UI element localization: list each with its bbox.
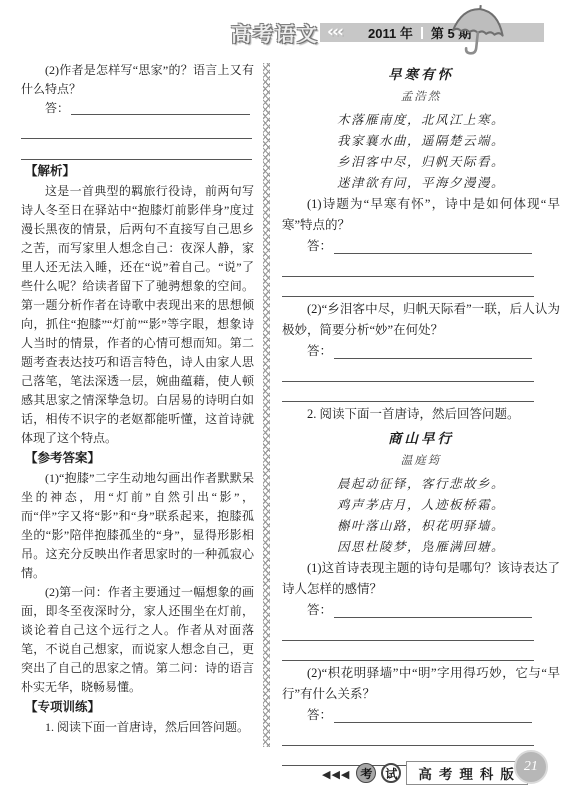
poem-author: 孟浩然 [282, 87, 560, 108]
answer-label: 答： [307, 341, 332, 362]
page-header: 高考语文 ‹‹‹ 2011 年 第 5 期 [0, 0, 581, 58]
chevrons-left-icon: ‹‹‹ [327, 24, 342, 41]
answer-first-line: 答： [21, 99, 252, 118]
training-item-1-intro: 1. 阅读下面一首唐诗，然后回答问题。 [21, 718, 254, 737]
question-2-continuation: (2)作者是怎样写“思家”的？语言上又有什么特点？ [21, 61, 254, 99]
answer-blank-line [334, 253, 532, 254]
section-head-analysis: 【解析】 [25, 162, 254, 181]
badge-kao: 考 [356, 763, 376, 783]
analysis-paragraph: 这是一首典型的羁旅行役诗，前两句写诗人冬至日在驿站中“抱膝灯前影伴身”度过漫长黑… [21, 182, 254, 448]
answer-blank-line [282, 382, 534, 402]
poem-title: 早寒有怀 [282, 64, 560, 85]
answer-label: 答： [307, 705, 332, 726]
answer-blank-line [282, 257, 534, 277]
answer-blank-line [282, 641, 534, 661]
issue-separator [421, 27, 423, 39]
poem2-question-2: (2)“枳花明驿墙”中“明”字用得巧妙，它与“早行”有什么关系？ [282, 663, 560, 705]
answer-blank-line [282, 362, 534, 382]
answer-label: 答： [307, 236, 332, 257]
answer-first-line: 答： [282, 705, 534, 726]
edition-title: 高考理科版 [406, 761, 528, 785]
content-area: (2)作者是怎样写“思家”的？语言上又有什么特点？ 答： 【解析】 这是一首典型… [21, 61, 560, 749]
page-footer: ◀◀◀ 考 试 高考理科版 21 [322, 755, 548, 791]
answer-blank-line [282, 277, 534, 297]
answer-blank-line [21, 118, 252, 139]
answer-blank-line [282, 726, 534, 746]
answer-blank-line [21, 139, 252, 160]
section-head-special-training: 【专项训练】 [25, 698, 254, 717]
answer-first-line: 答： [282, 341, 534, 362]
poem-line: 迷津欲有问，平海夕漫漫。 [282, 173, 560, 194]
answer-blank-line [282, 621, 534, 641]
umbrella-icon [449, 4, 507, 58]
reference-answer-2: (2)第一问：作者主要通过一幅想象的画面，即冬至夜深时分，家人还围坐在灯前，谈论… [21, 583, 254, 697]
poem-line: 我家襄水曲，遥隔楚云端。 [282, 131, 560, 152]
answer-block: 答： [282, 600, 534, 661]
answer-first-line: 答： [282, 236, 534, 257]
poem-zaohan-youhuai: 早寒有怀 孟浩然 木落雁南度，北风江上寒。 我家襄水曲，遥隔楚云端。 乡泪客中尽… [282, 64, 560, 194]
reference-answer-1: (1)“抱膝”二字生动地勾画出作者默默呆坐的神态，用“灯前”自然引出“影”，而“… [21, 469, 254, 583]
left-column: (2)作者是怎样写“思家”的？语言上又有什么特点？ 答： 【解析】 这是一首典型… [21, 61, 254, 749]
poem-line: 乡泪客中尽，归帆天际看。 [282, 152, 560, 173]
training-item-2-intro: 2. 阅读下面一首唐诗，然后回答问题。 [282, 404, 560, 425]
poem1-question-2: (2)“乡泪客中尽，归帆天际看”一联，后人认为极妙，简要分析“妙”在何处？ [282, 299, 560, 341]
answer-blank-line [71, 114, 250, 115]
poem-author: 温庭筠 [282, 451, 560, 472]
poem1-question-1: (1)诗题为“早寒有怀”，诗中是如何体现“早寒”特点的？ [282, 194, 560, 236]
answer-first-line: 答： [282, 600, 534, 621]
magazine-page: 高考语文 ‹‹‹ 2011 年 第 5 期 (2)作者是怎样写“思家”的？语言上… [0, 0, 581, 800]
answer-blank-line [334, 358, 532, 359]
section-head-reference-answer: 【参考答案】 [25, 449, 254, 468]
triangles-left-icon: ◀◀◀ [322, 768, 350, 781]
magazine-logo: 高考语文 [231, 18, 319, 47]
answer-label: 答： [45, 99, 69, 118]
issue-year: 2011 年 [368, 23, 413, 42]
page-number-badge: 21 [514, 750, 548, 784]
badge-shi: 试 [381, 763, 401, 783]
answer-label: 答： [307, 600, 332, 621]
answer-block: 答： [21, 99, 252, 160]
answer-block: 答： [282, 341, 534, 402]
poem-line: 因思杜陵梦，凫雁满回塘。 [282, 537, 560, 558]
column-divider [263, 63, 270, 747]
header-bar: ‹‹‹ 2011 年 第 5 期 [320, 23, 544, 42]
answer-blank-line [334, 722, 532, 723]
poem-line: 木落雁南度，北风江上寒。 [282, 110, 560, 131]
answer-block: 答： [282, 236, 534, 297]
poem2-question-1: (1)这首诗表现主题的诗句是哪句？该诗表达了诗人怎样的感情？ [282, 558, 560, 600]
answer-blank-line [334, 617, 532, 618]
poem-line: 槲叶落山路，枳花明驿墙。 [282, 516, 560, 537]
poem-line: 鸡声茅店月，人迹板桥霜。 [282, 495, 560, 516]
poem-title: 商山早行 [282, 428, 560, 449]
right-column: 早寒有怀 孟浩然 木落雁南度，北风江上寒。 我家襄水曲，遥隔楚云端。 乡泪客中尽… [282, 61, 560, 749]
poem-line: 晨起动征铎，客行悲故乡。 [282, 474, 560, 495]
poem-shangshan-zaoxing: 商山早行 温庭筠 晨起动征铎，客行悲故乡。 鸡声茅店月，人迹板桥霜。 槲叶落山路… [282, 428, 560, 558]
